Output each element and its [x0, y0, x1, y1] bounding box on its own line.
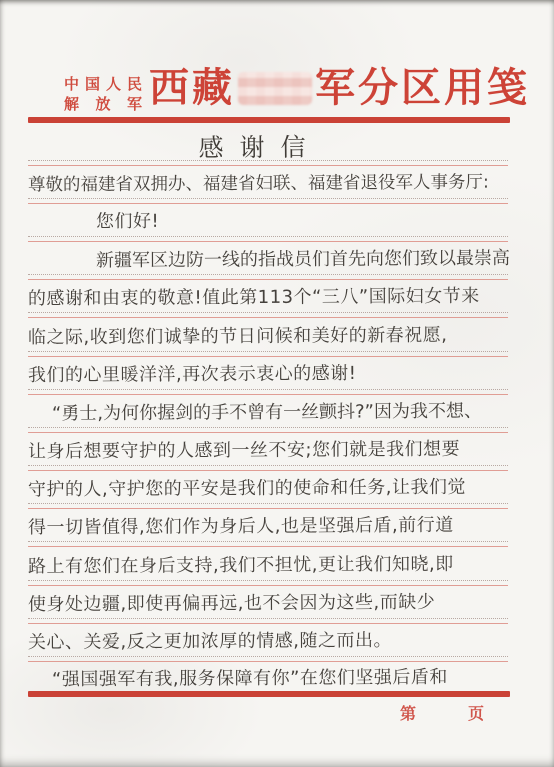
org-name-line1: 中国人民	[64, 75, 142, 95]
ruled-line	[28, 503, 508, 509]
letter-line: 让身后想要守护的人感到一丝不安;您们就是我们想要	[28, 437, 460, 466]
letter-line: “勇士,为何你握剑的手不曾有一丝颤抖?”因为我不想、	[52, 399, 482, 428]
letter-line: 我们的心里暖洋洋,再次表示衷心的感谢!	[28, 361, 357, 389]
letter-line-salutation: 尊敬的福建省双拥办、福建省妇联、福建省退役军人事务厅:	[28, 170, 489, 199]
ruled-line	[28, 427, 508, 433]
ruled-line	[28, 236, 508, 242]
letter-line: 守护的人,守护您的平安是我们的使命和任务,让我们觉	[28, 475, 466, 504]
header-rule	[28, 117, 510, 123]
ruled-line	[28, 389, 508, 395]
masthead-suffix: 军分区用笺	[315, 65, 530, 110]
ruled-line	[28, 618, 508, 624]
masthead-prefix: 西藏	[149, 65, 235, 110]
ruled-line	[28, 656, 508, 662]
ruled-line	[28, 312, 508, 318]
masthead-title: 西藏军分区用笺	[149, 64, 529, 112]
page-prefix-label: 第	[400, 701, 416, 724]
redacted-region	[238, 72, 312, 105]
ruled-line	[28, 160, 508, 166]
letter-line: 关心、关爱,反之更加浓厚的情感,随之而出。	[28, 628, 392, 656]
ruled-line	[28, 198, 508, 204]
org-name-block: 中国人民 解放军	[64, 75, 142, 115]
page-number-footer: 第 页	[400, 701, 484, 724]
letter-scan: 中国人民 解放军 西藏军分区用笺 感谢信 尊敬的福建省双拥办、福建省妇联、福建省…	[0, 0, 554, 767]
org-name-line2: 解放军	[64, 95, 142, 115]
ruled-line	[28, 541, 508, 547]
letter-line: 使身处边疆,即使再偏再远,也不会因为这些,而缺少	[28, 590, 435, 618]
letter-line: “强国强军有我,服务保障有你”在您们坚强后盾和	[52, 665, 448, 693]
ruled-line	[28, 465, 508, 471]
letter-line: 新疆军区边防一线的指战员们首先向您们致以最崇高	[96, 246, 510, 275]
footer-rule	[28, 691, 510, 697]
ruled-line	[28, 274, 508, 280]
ruled-line	[28, 351, 508, 357]
letter-line: 的感谢和由衷的敬意!值此第113个“三八”国际妇女节来	[28, 284, 480, 313]
letter-line: 临之际,收到您们诚挚的节日问候和美好的新春祝愿,	[28, 323, 448, 352]
page-suffix-label: 页	[468, 701, 484, 724]
ruled-line	[28, 580, 508, 586]
letter-line-greeting: 您们好!	[96, 209, 159, 235]
letter-line: 路上有您们在身后支持,我们不担忧,更让我们知晓,即	[28, 552, 454, 581]
letter-line: 得一切皆值得,您们作为身后人,也是坚强后盾,前行道	[28, 513, 454, 542]
